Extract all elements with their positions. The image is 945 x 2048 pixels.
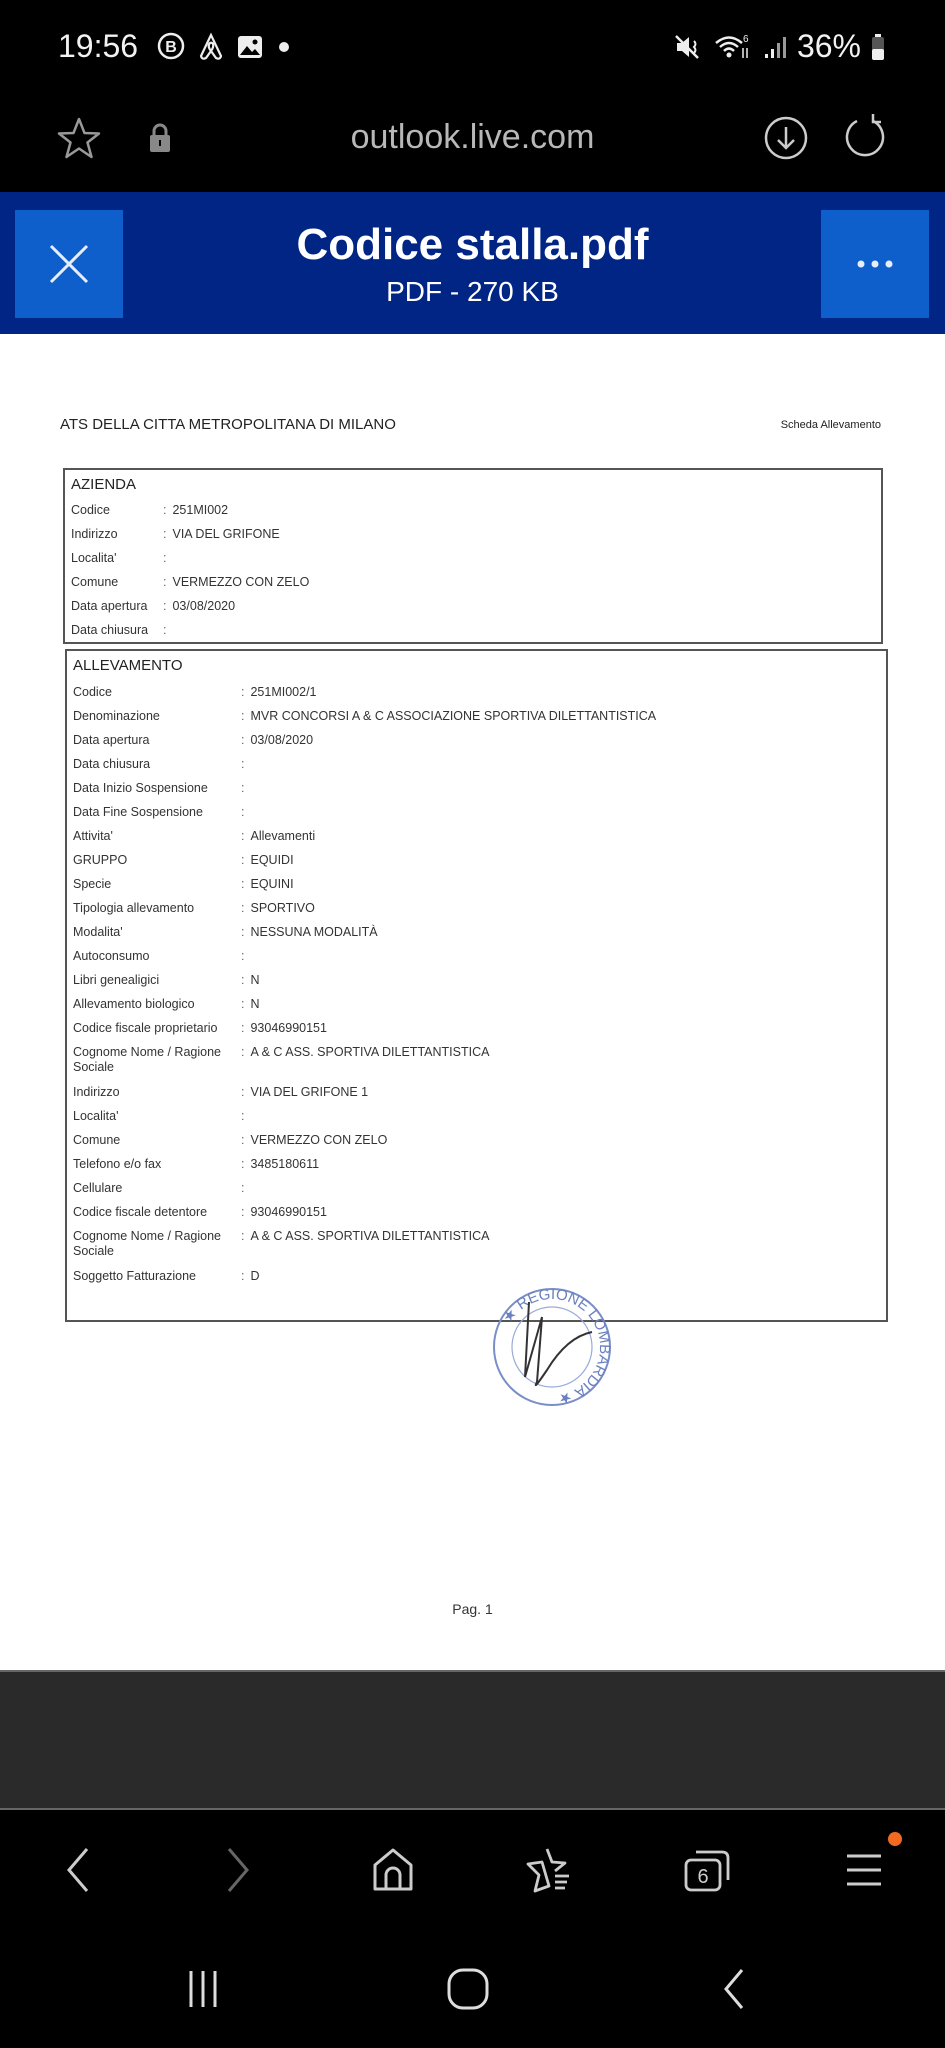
allevamento-row: Attivita':Allevamenti bbox=[73, 829, 315, 844]
tabs-icon: 6 bbox=[682, 1846, 734, 1894]
field-value: N bbox=[250, 997, 259, 1012]
field-label: Attivita' bbox=[73, 829, 241, 844]
signal-icon bbox=[763, 32, 787, 62]
image-icon bbox=[236, 33, 264, 61]
system-icons: 6 36% bbox=[673, 28, 885, 65]
field-value: 93046990151 bbox=[250, 1021, 326, 1036]
pdf-viewer-header: Codice stalla.pdf PDF - 270 KB bbox=[0, 192, 945, 334]
back-system-button[interactable] bbox=[698, 1954, 768, 2024]
forward-button[interactable] bbox=[208, 1840, 268, 1900]
field-label: Data chiusura bbox=[73, 757, 241, 772]
svg-text:6: 6 bbox=[697, 1866, 708, 1888]
field-label: Codice bbox=[71, 503, 163, 517]
home-button[interactable] bbox=[363, 1840, 423, 1900]
allevamento-row: Cognome Nome / Ragione Sociale:A & C ASS… bbox=[73, 1045, 489, 1075]
field-label: Indirizzo bbox=[73, 1085, 241, 1100]
field-label: Autoconsumo bbox=[73, 949, 241, 964]
azienda-row: Data chiusura: bbox=[71, 623, 172, 637]
azienda-row: Comune:VERMEZZO CON ZELO bbox=[71, 575, 309, 589]
allevamento-row: Indirizzo:VIA DEL GRIFONE 1 bbox=[73, 1085, 368, 1100]
field-value: VIA DEL GRIFONE bbox=[172, 527, 279, 541]
more-options-button[interactable] bbox=[821, 210, 929, 318]
allevamento-row: Data apertura:03/08/2020 bbox=[73, 733, 313, 748]
tabs-button[interactable]: 6 bbox=[678, 1840, 738, 1900]
field-value: 93046990151 bbox=[250, 1205, 326, 1220]
field-label: Localita' bbox=[73, 1109, 241, 1124]
field-value: VIA DEL GRIFONE 1 bbox=[250, 1085, 368, 1100]
field-value: Allevamenti bbox=[250, 829, 315, 844]
chevron-left-icon bbox=[63, 1845, 93, 1895]
field-label: Denominazione bbox=[73, 709, 241, 724]
file-name: Codice stalla.pdf bbox=[0, 220, 945, 270]
download-icon[interactable] bbox=[762, 114, 810, 162]
allevamento-row: Denominazione:MVR CONCORSI A & C ASSOCIA… bbox=[73, 709, 656, 724]
system-navigation-bar bbox=[0, 1932, 945, 2048]
field-value: D bbox=[250, 1269, 259, 1284]
mute-icon bbox=[673, 32, 703, 62]
field-value: 251MI002/1 bbox=[250, 685, 316, 700]
pdf-page: ATS DELLA CITTA METROPOLITANA DI MILANO … bbox=[0, 334, 945, 1670]
field-label: Indirizzo bbox=[71, 527, 163, 541]
field-label: Libri genealigici bbox=[73, 973, 241, 988]
field-label: Tipologia allevamento bbox=[73, 901, 241, 916]
home-circle-icon bbox=[446, 1967, 490, 2011]
field-value: NESSUNA MODALITÀ bbox=[250, 925, 377, 940]
viewer-background bbox=[0, 1670, 945, 1810]
notification-icons: B bbox=[156, 32, 294, 62]
field-label: Comune bbox=[73, 1133, 241, 1148]
field-value: VERMEZZO CON ZELO bbox=[172, 575, 309, 589]
doc-header-org: ATS DELLA CITTA METROPOLITANA DI MILANO bbox=[60, 416, 396, 433]
svg-text:B: B bbox=[165, 39, 177, 56]
page-number: Pag. 1 bbox=[0, 1601, 945, 1617]
field-value: N bbox=[250, 973, 259, 988]
field-label: Modalita' bbox=[73, 925, 241, 940]
field-value: 03/08/2020 bbox=[172, 599, 235, 613]
browser-toolbar: 6 bbox=[0, 1812, 945, 1932]
azienda-section: AZIENDA Codice:251MI002 Indirizzo:VIA DE… bbox=[63, 468, 883, 644]
home-system-button[interactable] bbox=[433, 1954, 503, 2024]
field-label: Data chiusura bbox=[71, 623, 163, 637]
back-button[interactable] bbox=[48, 1840, 108, 1900]
field-value: 3485180611 bbox=[250, 1157, 319, 1172]
bookmarks-star-icon bbox=[525, 1846, 575, 1894]
allevamento-row: Data chiusura: bbox=[73, 757, 250, 772]
allevamento-row: Allevamento biologico:N bbox=[73, 997, 260, 1012]
field-label: Data Fine Sospensione bbox=[73, 805, 241, 820]
field-label: Localita' bbox=[71, 551, 163, 565]
allevamento-row: Codice:251MI002/1 bbox=[73, 685, 317, 700]
field-label: Data Inizio Sospensione bbox=[73, 781, 241, 796]
field-value: SPORTIVO bbox=[250, 901, 314, 916]
status-bar: 19:56 B 6 36% bbox=[0, 0, 945, 100]
field-label: GRUPPO bbox=[73, 853, 241, 868]
allevamento-row: Modalita':NESSUNA MODALITÀ bbox=[73, 925, 378, 940]
regione-lombardia-stamp-icon: ★ REGIONE LOMBARDIA ★ bbox=[487, 1282, 617, 1412]
allevamento-row: Data Inizio Sospensione: bbox=[73, 781, 250, 796]
field-value: A & C ASS. SPORTIVA DILETTANTISTICA bbox=[250, 1045, 489, 1075]
field-value: EQUINI bbox=[250, 877, 293, 892]
home-icon bbox=[371, 1847, 415, 1893]
allevamento-row: Localita': bbox=[73, 1109, 250, 1124]
allevamento-row: Libri genealigici:N bbox=[73, 973, 260, 988]
field-value: VERMEZZO CON ZELO bbox=[250, 1133, 387, 1148]
field-label: Telefono e/o fax bbox=[73, 1157, 241, 1172]
address-bar: outlook.live.com bbox=[0, 100, 945, 190]
field-value: A & C ASS. SPORTIVA DILETTANTISTICA bbox=[250, 1229, 489, 1259]
notification-badge bbox=[888, 1832, 902, 1846]
field-label: Codice fiscale detentore bbox=[73, 1205, 241, 1220]
field-label: Codice bbox=[73, 685, 241, 700]
field-label: Cellulare bbox=[73, 1181, 241, 1196]
airbnb-icon bbox=[196, 32, 226, 62]
azienda-row: Indirizzo:VIA DEL GRIFONE bbox=[71, 527, 280, 541]
allevamento-row: Autoconsumo: bbox=[73, 949, 250, 964]
chevron-right-icon bbox=[223, 1845, 253, 1895]
menu-button[interactable] bbox=[835, 1840, 895, 1900]
field-value: 251MI002 bbox=[172, 503, 228, 517]
azienda-row: Data apertura:03/08/2020 bbox=[71, 599, 235, 613]
azienda-row: Localita': bbox=[71, 551, 172, 565]
allevamento-row: Comune:VERMEZZO CON ZELO bbox=[73, 1133, 387, 1148]
field-value: EQUIDI bbox=[250, 853, 293, 868]
allevamento-row: Cellulare: bbox=[73, 1181, 250, 1196]
allevamento-row: Cognome Nome / Ragione Sociale:A & C ASS… bbox=[73, 1229, 489, 1259]
field-label: Data apertura bbox=[71, 599, 163, 613]
status-time: 19:56 bbox=[58, 28, 138, 65]
svg-text:6: 6 bbox=[743, 34, 749, 45]
azienda-row: Codice:251MI002 bbox=[71, 503, 228, 517]
file-info: PDF - 270 KB bbox=[0, 276, 945, 308]
field-label: Specie bbox=[73, 877, 241, 892]
reload-icon[interactable] bbox=[840, 112, 890, 162]
allevamento-row: Tipologia allevamento:SPORTIVO bbox=[73, 901, 315, 916]
allevamento-title: ALLEVAMENTO bbox=[73, 657, 182, 674]
recent-apps-button[interactable] bbox=[168, 1954, 238, 2024]
field-label: Allevamento biologico bbox=[73, 997, 241, 1012]
field-label: Comune bbox=[71, 575, 163, 589]
allevamento-row: Codice fiscale proprietario:93046990151 bbox=[73, 1021, 327, 1036]
field-label: Codice fiscale proprietario bbox=[73, 1021, 241, 1036]
b-badge-icon: B bbox=[156, 32, 186, 62]
svg-text:★ REGIONE LOMBARDIA ★: ★ REGIONE LOMBARDIA ★ bbox=[499, 1286, 613, 1408]
battery-percent: 36% bbox=[797, 28, 861, 65]
doc-header-type: Scheda Allevamento bbox=[781, 419, 881, 431]
allevamento-row: Codice fiscale detentore:93046990151 bbox=[73, 1205, 327, 1220]
allevamento-row: Soggetto Fatturazione:D bbox=[73, 1269, 260, 1284]
wifi-6-icon: 6 bbox=[713, 32, 753, 62]
battery-icon bbox=[871, 32, 885, 62]
field-value: MVR CONCORSI A & C ASSOCIAZIONE SPORTIVA… bbox=[250, 709, 656, 724]
recent-apps-icon bbox=[183, 1969, 223, 2009]
allevamento-row: GRUPPO:EQUIDI bbox=[73, 853, 294, 868]
back-arrow-icon bbox=[718, 1967, 748, 2011]
allevamento-row: Specie:EQUINI bbox=[73, 877, 294, 892]
ellipsis-icon bbox=[855, 258, 895, 270]
dot-icon bbox=[274, 37, 294, 57]
allevamento-row: Data Fine Sospensione: bbox=[73, 805, 250, 820]
field-label: Soggetto Fatturazione bbox=[73, 1269, 241, 1284]
field-label: Cognome Nome / Ragione Sociale bbox=[73, 1229, 241, 1259]
azienda-title: AZIENDA bbox=[71, 476, 136, 493]
hamburger-menu-icon bbox=[843, 1850, 887, 1890]
allevamento-section: ALLEVAMENTO Codice:251MI002/1 Denominazi… bbox=[65, 649, 888, 1322]
bookmarks-button[interactable] bbox=[520, 1840, 580, 1900]
field-label: Cognome Nome / Ragione Sociale bbox=[73, 1045, 241, 1075]
field-value: 03/08/2020 bbox=[250, 733, 313, 748]
field-label: Data apertura bbox=[73, 733, 241, 748]
allevamento-row: Telefono e/o fax:3485180611 bbox=[73, 1157, 319, 1172]
